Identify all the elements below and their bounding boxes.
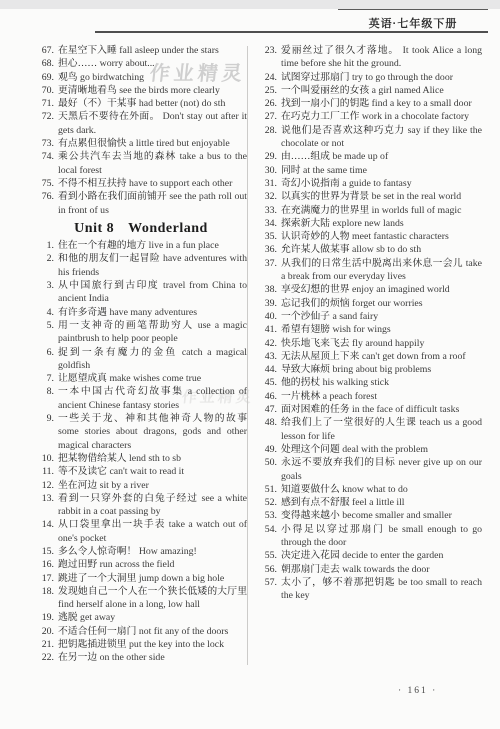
item-chinese: 跑过田野: [58, 559, 97, 570]
item-chinese: 住在一个有趣的地方: [58, 240, 146, 251]
item-text: 感到有点不舒服 feel a little ill: [281, 496, 482, 509]
list-item: 17.跳进了一个大洞里 jump down a big hole: [35, 572, 247, 585]
item-chinese: 在巧克力工厂工作: [281, 111, 359, 122]
item-number: 30.: [258, 164, 281, 177]
list-item: 24.试图穿过那扇门 try to go through the door: [258, 71, 482, 84]
item-text: 住在一个有趣的地方 live in a fun place: [58, 239, 247, 252]
item-chinese: 忘记我们的烦恼: [281, 298, 350, 309]
item-text: 多么令人惊奇啊！ How amazing!: [58, 545, 247, 558]
list-item: 29.由……组成 be made up of: [258, 150, 482, 163]
item-english: enjoy an imagined world: [352, 284, 450, 295]
item-chinese: 一本中国古代奇幻故事集: [58, 386, 184, 397]
list-item: 28.说他们是否喜欢这种巧克力 say if they like the cho…: [258, 124, 482, 151]
item-text: 逃脱 get away: [58, 611, 247, 624]
list-item: 48.给我们上了一堂很好的人生课 teach us a good lesson …: [258, 416, 482, 443]
header-rule: [95, 31, 488, 33]
item-chinese: 变得越来越小: [281, 510, 340, 521]
item-chinese: 快乐地飞来飞去: [281, 338, 350, 349]
item-chinese: 一些关于龙、神和其他神奇人物的故事: [58, 413, 247, 424]
item-chinese: 从中国旅行到古印度: [58, 280, 159, 291]
list-item: 46.一片桃林 a peach forest: [258, 390, 482, 403]
item-chinese: 在星空下入睡: [58, 45, 117, 56]
phrase-list-23-57: 23.爱丽丝过了很久才落地。 It took Alice a long time…: [258, 44, 482, 602]
list-item: 15.多么令人惊奇啊！ How amazing!: [35, 545, 247, 558]
item-text: 把钥匙插进锁里 put the key into the lock: [58, 638, 247, 651]
item-text: 爱丽丝过了很久才落地。 It took Alice a long time be…: [281, 44, 482, 71]
item-text: 把某物借给某人 lend sth to sb: [58, 452, 247, 465]
list-item: 11.等不及读它 can't wait to read it: [35, 465, 247, 478]
item-text: 给我们上了一堂很好的人生课 teach us a good lesson for…: [281, 416, 482, 443]
item-text: 在星空下入睡 fall asleep under the stars: [58, 44, 247, 57]
list-item: 8.一本中国古代奇幻故事集 a collection of ancient Ch…: [35, 385, 247, 412]
item-text: 不得不相互扶持 have to support each other: [58, 177, 247, 190]
list-item: 25.一个叫爱丽丝的女孩 a girl named Alice: [258, 84, 482, 97]
list-item: 44.导致大麻烦 bring about big problems: [258, 363, 482, 376]
item-number: 49.: [258, 443, 281, 456]
item-chinese: 用一支神奇的画笔帮助穷人: [58, 320, 194, 331]
list-item: 75.不得不相互扶持 have to support each other: [35, 177, 247, 190]
item-chinese: 坐在河边: [58, 480, 97, 491]
list-item: 1.住在一个有趣的地方 live in a fun place: [35, 239, 247, 252]
page-number: · 161 ·: [398, 686, 437, 696]
item-text: 用一支神奇的画笔帮助穷人 use a magic paintbrush to h…: [58, 319, 247, 346]
item-text: 奇幻小说指南 a guide to fantasy: [281, 177, 482, 190]
item-chinese: 从我们的日常生活中脱离出来休息一会儿: [281, 258, 463, 269]
list-item: 52.感到有点不舒服 feel a little ill: [258, 496, 482, 509]
item-number: 47.: [258, 403, 281, 416]
item-number: 35.: [258, 230, 281, 243]
item-text: 等不及读它 can't wait to read it: [58, 465, 247, 478]
item-number: 73.: [35, 137, 58, 150]
list-item: 26.找到一扇小门的钥匙 find a key to a small door: [258, 97, 482, 110]
item-chinese: 看到一只穿外套的白兔子经过: [58, 493, 198, 504]
item-english: have to support each other: [129, 178, 232, 189]
item-chinese: 面对困难的任务: [281, 404, 350, 415]
list-item: 16.跑过田野 run across the field: [35, 558, 247, 571]
item-english: try to go through the door: [352, 72, 453, 83]
item-text: 和他的朋友们一起冒险 have adventures with his frie…: [58, 252, 247, 279]
item-english: How amazing!: [139, 546, 197, 557]
item-number: 68.: [35, 57, 58, 70]
item-text: 无法从屋顶上下来 can't get down from a roof: [281, 350, 482, 363]
item-english: some stories about dragons, gods and oth…: [58, 426, 247, 450]
item-text: 同时 at the same time: [281, 164, 482, 177]
list-item: 68.担心…… worry about...: [35, 57, 247, 70]
item-number: 74.: [35, 150, 58, 177]
item-number: 28.: [258, 124, 281, 151]
item-number: 67.: [35, 44, 58, 57]
item-english: lend sth to sb: [129, 453, 181, 464]
list-item: 3.从中国旅行到古印度 travel from China to ancient…: [35, 279, 247, 306]
list-item: 36.允许某人做某事 allow sb to do sth: [258, 243, 482, 256]
unit-label: Unit 8: [74, 221, 114, 236]
item-number: 14.: [35, 518, 58, 545]
item-text: 认识奇妙的人物 meet fantastic characters: [281, 230, 482, 243]
item-text: 知道要做什么 know what to do: [281, 483, 482, 496]
item-english: make wishes come true: [109, 373, 201, 384]
unit-title: Wonderland: [128, 221, 208, 236]
item-text: 决定进入花园 decide to enter the garden: [281, 549, 482, 562]
item-number: 1.: [35, 239, 58, 252]
item-english: a girl named Alice: [372, 85, 444, 96]
item-number: 39.: [258, 297, 281, 310]
item-english: can't wait to read it: [109, 466, 184, 477]
list-item: 32.以真实的世界为背景 be set in the real world: [258, 190, 482, 203]
item-english: go birdwatching: [80, 72, 144, 83]
item-chinese: 天黑后不要待在外面。: [58, 111, 160, 122]
item-number: 71.: [35, 97, 58, 110]
list-item: 57.太小了，够不着那把钥匙 be too small to reach the…: [258, 576, 482, 603]
item-chinese: 不适合任何一扇门: [58, 626, 136, 637]
list-item: 47.面对困难的任务 in the face of difficult task…: [258, 403, 482, 416]
item-number: 69.: [35, 71, 58, 84]
item-chinese: 享受幻想的世界: [281, 284, 350, 295]
list-item: 72.天黑后不要待在外面。 Don't stay out after it ge…: [35, 110, 247, 137]
item-text: 他的拐杖 his walking stick: [281, 376, 482, 389]
item-english: be set in the real world: [372, 191, 462, 202]
item-text: 太小了，够不着那把钥匙 be too small to reach the ke…: [281, 576, 482, 603]
item-text: 在巧克力工厂工作 work in a chocolate factory: [281, 110, 482, 123]
item-english: feel a little ill: [352, 497, 405, 508]
item-number: 9.: [35, 412, 58, 452]
list-item: 45.他的拐杖 his walking stick: [258, 376, 482, 389]
list-item: 21.把钥匙插进锁里 put the key into the lock: [35, 638, 247, 651]
item-text: 小得足以穿过那扇门 be small enough to go through …: [281, 523, 482, 550]
item-text: 允许某人做某事 allow sb to do sth: [281, 243, 482, 256]
item-english: a little tired but enjoyable: [129, 138, 230, 149]
item-chinese: 从口袋里拿出一块手表: [58, 519, 165, 530]
item-text: 让愿望成真 make wishes come true: [58, 372, 247, 385]
list-item: 13.看到一只穿外套的白兔子经过 see a white rabbit in a…: [35, 492, 247, 519]
item-text: 有点累但很愉快 a little tired but enjoyable: [58, 137, 247, 150]
item-text: 一个沙仙子 a sand fairy: [281, 310, 482, 323]
item-chinese: 给我们上了一堂很好的人生课: [281, 417, 416, 428]
item-english: decide to enter the garden: [342, 550, 443, 561]
list-item: 4.有许多奇遇 have many adventures: [35, 306, 247, 319]
item-number: 72.: [35, 110, 58, 137]
list-item: 53.变得越来越小 become smaller and smaller: [258, 509, 482, 522]
item-text: 永远不要放弃我们的目标 never give up on our goals: [281, 456, 482, 483]
item-chinese: 爱丽丝过了很久才落地。: [281, 45, 399, 56]
item-number: 38.: [258, 283, 281, 296]
item-chinese: 让愿望成真: [58, 373, 107, 384]
unit-heading: Unit 8Wonderland: [35, 217, 247, 239]
item-chinese: 希望有翅膀: [281, 324, 330, 335]
item-english: not fit any of the doors: [139, 626, 229, 637]
item-text: 忘记我们的烦恼 forget our worries: [281, 297, 482, 310]
item-chinese: 探索新大陆: [281, 218, 330, 229]
list-item: 35.认识奇妙的人物 meet fantastic characters: [258, 230, 482, 243]
item-chinese: 永远不要放弃我们的目标: [281, 457, 395, 468]
list-item: 6.捉到一条有魔力的金鱼 catch a magical goldfish: [35, 346, 247, 373]
item-chinese: 多么令人惊奇啊！: [58, 546, 136, 557]
item-number: 48.: [258, 416, 281, 443]
item-number: 54.: [258, 523, 281, 550]
item-english: on the other side: [100, 652, 165, 663]
item-number: 16.: [35, 558, 58, 571]
item-chinese: 把某物借给某人: [58, 453, 127, 464]
item-text: 找到一扇小门的钥匙 find a key to a small door: [281, 97, 482, 110]
item-number: 19.: [35, 611, 58, 624]
item-text: 变得越来越小 become smaller and smaller: [281, 509, 482, 522]
item-number: 27.: [258, 110, 281, 123]
phrase-list-67-76: 67.在星空下入睡 fall asleep under the stars68.…: [35, 44, 247, 217]
item-number: 50.: [258, 456, 281, 483]
item-chinese: 朝那扇门走去: [281, 564, 340, 575]
item-text: 跳进了一个大洞里 jump down a big hole: [58, 572, 247, 585]
item-number: 23.: [258, 44, 281, 71]
item-text: 一个叫爱丽丝的女孩 a girl named Alice: [281, 84, 482, 97]
item-number: 15.: [35, 545, 58, 558]
item-number: 5.: [35, 319, 58, 346]
list-item: 49.处理这个问题 deal with the problem: [258, 443, 482, 456]
list-item: 42.快乐地飞来飞去 fly around happily: [258, 337, 482, 350]
list-item: 56.朝那扇门走去 walk towards the door: [258, 563, 482, 576]
item-chinese: 认识奇妙的人物: [281, 231, 350, 242]
item-chinese: 把钥匙插进锁里: [58, 639, 127, 650]
list-item: 73.有点累但很愉快 a little tired but enjoyable: [35, 137, 247, 150]
list-item: 71.最好（不）干某事 had better (not) do sth: [35, 97, 247, 110]
item-chinese: 看到小路在我们面前铺开: [58, 191, 167, 202]
list-item: 50.永远不要放弃我们的目标 never give up on our goal…: [258, 456, 482, 483]
list-item: 12.坐在河边 sit by a river: [35, 479, 247, 492]
item-chinese: 奇幻小说指南: [281, 178, 340, 189]
list-item: 51.知道要做什么 know what to do: [258, 483, 482, 496]
item-english: fly around happily: [352, 338, 424, 349]
item-english: work in a chocolate factory: [362, 111, 469, 122]
item-chinese: 一个叫爱丽丝的女孩: [281, 85, 369, 96]
item-chinese: 跳进了一个大洞里: [58, 573, 136, 584]
item-number: 13.: [35, 492, 58, 519]
item-number: 75.: [35, 177, 58, 190]
item-chinese: 处理这个问题: [281, 444, 340, 455]
item-text: 一些关于龙、神和其他神奇人物的故事 some stories about dra…: [58, 412, 247, 452]
list-item: 76.看到小路在我们面前铺开 see the path roll out in …: [35, 190, 247, 217]
item-text: 坐在河边 sit by a river: [58, 479, 247, 492]
item-text: 快乐地飞来飞去 fly around happily: [281, 337, 482, 350]
item-english: live in a fun place: [149, 240, 219, 251]
item-text: 观鸟 go birdwatching: [58, 71, 247, 84]
item-chinese: 在另一边: [58, 652, 97, 663]
item-text: 探索新大陆 explore new lands: [281, 217, 482, 230]
item-text: 从口袋里拿出一块手表 take a watch out of one's poc…: [58, 518, 247, 545]
item-text: 天黑后不要待在外面。 Don't stay out after it gets …: [58, 110, 247, 137]
item-number: 76.: [35, 190, 58, 217]
item-english: walk towards the door: [342, 564, 429, 575]
item-english: meet fantastic characters: [352, 231, 449, 242]
item-number: 32.: [258, 190, 281, 203]
item-number: 6.: [35, 346, 58, 373]
item-chinese: 在充满魔力的世界里: [281, 205, 369, 216]
item-text: 希望有翅膀 wish for wings: [281, 323, 482, 336]
phrase-list-1-22: 1.住在一个有趣的地方 live in a fun place2.和他的朋友们一…: [35, 239, 247, 665]
item-text: 在另一边 on the other side: [58, 651, 247, 664]
item-chinese: 允许某人做某事: [281, 244, 350, 255]
item-chinese: 一片桃林: [281, 391, 320, 402]
item-number: 40.: [258, 310, 281, 323]
item-number: 57.: [258, 576, 281, 603]
item-text: 跑过田野 run across the field: [58, 558, 247, 571]
list-item: 7.让愿望成真 make wishes come true: [35, 372, 247, 385]
item-chinese: 同时: [281, 165, 301, 176]
item-chinese: 试图穿过那扇门: [281, 72, 350, 83]
item-number: 17.: [35, 572, 58, 585]
list-item: 23.爱丽丝过了很久才落地。 It took Alice a long time…: [258, 44, 482, 71]
item-chinese: 太小了，够不着那把钥匙: [281, 577, 395, 588]
item-number: 51.: [258, 483, 281, 496]
item-english: get away: [80, 612, 115, 623]
item-chinese: 乘公共汽车去当地的森林: [58, 151, 176, 162]
item-number: 3.: [35, 279, 58, 306]
item-number: 42.: [258, 337, 281, 350]
item-english: forget our worries: [352, 298, 423, 309]
item-english: a sand fairy: [332, 311, 378, 322]
item-text: 在充满魔力的世界里 in worlds full of magic: [281, 204, 482, 217]
item-chinese: 有点累但很愉快: [58, 138, 127, 149]
item-number: 24.: [258, 71, 281, 84]
item-english: put the key into the lock: [129, 639, 224, 650]
left-column: 67.在星空下入睡 fall asleep under the stars68.…: [35, 44, 247, 665]
item-chinese: 捉到一条有魔力的金鱼: [58, 347, 177, 358]
item-text: 一片桃林 a peach forest: [281, 390, 482, 403]
item-english: allow sb to do sth: [352, 244, 421, 255]
list-item: 41.希望有翅膀 wish for wings: [258, 323, 482, 336]
item-english: run across the field: [100, 559, 175, 570]
item-chinese: 知道要做什么: [281, 484, 340, 495]
item-english: fall asleep under the stars: [119, 45, 219, 56]
item-chinese: 小得足以穿过那扇门: [281, 524, 385, 535]
item-number: 44.: [258, 363, 281, 376]
item-number: 53.: [258, 509, 281, 522]
item-number: 46.: [258, 390, 281, 403]
item-number: 22.: [35, 651, 58, 664]
item-english: can't get down from a roof: [362, 351, 466, 362]
item-number: 21.: [35, 638, 58, 651]
item-number: 36.: [258, 243, 281, 256]
list-item: 19.逃脱 get away: [35, 611, 247, 624]
list-item: 43.无法从屋顶上下来 can't get down from a roof: [258, 350, 482, 363]
item-text: 乘公共汽车去当地的森林 take a bus to the local fore…: [58, 150, 247, 177]
item-number: 41.: [258, 323, 281, 336]
item-number: 18.: [35, 585, 58, 612]
item-chinese: 由……组成: [281, 151, 330, 162]
list-item: 40.一个沙仙子 a sand fairy: [258, 310, 482, 323]
item-number: 20.: [35, 625, 58, 638]
list-item: 5.用一支神奇的画笔帮助穷人 use a magic paintbrush to…: [35, 319, 247, 346]
item-chinese: 担心……: [58, 58, 97, 69]
item-english: had better (not) do sth: [139, 98, 226, 109]
list-item: 38.享受幻想的世界 enjoy an imagined world: [258, 283, 482, 296]
item-english: his walking stick: [323, 377, 389, 388]
item-english: sit by a river: [100, 480, 149, 491]
header-title: 英语·七年级下册: [369, 18, 458, 30]
list-item: 18.发现她自己一个人在一个狭长低矮的大厅里 find herself alon…: [35, 585, 247, 612]
item-chinese: 找到一扇小门的钥匙: [281, 98, 369, 109]
item-english: worry about...: [100, 58, 155, 69]
item-chinese: 决定进入花园: [281, 550, 340, 561]
list-item: 39.忘记我们的烦恼 forget our worries: [258, 297, 482, 310]
item-text: 由……组成 be made up of: [281, 150, 482, 163]
item-english: jump down a big hole: [139, 573, 224, 584]
item-chinese: 无法从屋顶上下来: [281, 351, 359, 362]
item-chinese: 以真实的世界为背景: [281, 191, 369, 202]
item-chinese: 感到有点不舒服: [281, 497, 350, 508]
item-number: 33.: [258, 204, 281, 217]
item-chinese: 他的拐杖: [281, 377, 320, 388]
item-number: 55.: [258, 549, 281, 562]
item-text: 享受幻想的世界 enjoy an imagined world: [281, 283, 482, 296]
item-number: 34.: [258, 217, 281, 230]
item-chinese: 一个沙仙子: [281, 311, 330, 322]
item-chinese: 更清晰地看鸟: [58, 85, 117, 96]
item-text: 处理这个问题 deal with the problem: [281, 443, 482, 456]
page-header: 英语·七年级下册: [338, 9, 488, 31]
item-chinese: 和他的朋友们一起冒险: [58, 253, 160, 264]
item-text: 看到小路在我们面前铺开 see the path roll out in fro…: [58, 190, 247, 217]
item-text: 一本中国古代奇幻故事集 a collection of ancient Chin…: [58, 385, 247, 412]
list-item: 2.和他的朋友们一起冒险 have adventures with his fr…: [35, 252, 247, 279]
item-english: deal with the problem: [342, 444, 428, 455]
item-english: at the same time: [303, 165, 367, 176]
item-english: explore new lands: [332, 218, 403, 229]
list-item: 30.同时 at the same time: [258, 164, 482, 177]
item-english: bring about big problems: [332, 364, 431, 375]
item-number: 7.: [35, 372, 58, 385]
item-text: 更清晰地看鸟 see the birds more clearly: [58, 84, 247, 97]
item-english: find a key to a small door: [372, 98, 472, 109]
list-item: 14.从口袋里拿出一块手表 take a watch out of one's …: [35, 518, 247, 545]
right-column: 23.爱丽丝过了很久才落地。 It took Alice a long time…: [258, 44, 482, 665]
list-item: 37.从我们的日常生活中脱离出来休息一会儿 take a break from …: [258, 257, 482, 284]
item-text: 最好（不）干某事 had better (not) do sth: [58, 97, 247, 110]
list-item: 31.奇幻小说指南 a guide to fantasy: [258, 177, 482, 190]
item-number: 12.: [35, 479, 58, 492]
item-english: become smaller and smaller: [342, 510, 452, 521]
item-text: 以真实的世界为背景 be set in the real world: [281, 190, 482, 203]
list-item: 10.把某物借给某人 lend sth to sb: [35, 452, 247, 465]
item-english: wish for wings: [332, 324, 390, 335]
item-chinese: 逃脱: [58, 612, 78, 623]
item-chinese: 观鸟: [58, 72, 78, 83]
item-chinese: 等不及读它: [58, 466, 107, 477]
list-item: 55.决定进入花园 decide to enter the garden: [258, 549, 482, 562]
item-text: 导致大麻烦 bring about big problems: [281, 363, 482, 376]
list-item: 34.探索新大陆 explore new lands: [258, 217, 482, 230]
item-text: 看到一只穿外套的白兔子经过 see a white rabbit in a co…: [58, 492, 247, 519]
item-number: 11.: [35, 465, 58, 478]
item-english: see the birds more clearly: [119, 85, 220, 96]
list-item: 33.在充满魔力的世界里 in worlds full of magic: [258, 204, 482, 217]
list-item: 20.不适合任何一扇门 not fit any of the doors: [35, 625, 247, 638]
item-chinese: 有许多奇遇: [58, 307, 107, 318]
list-item: 9.一些关于龙、神和其他神奇人物的故事 some stories about d…: [35, 412, 247, 452]
item-text: 从中国旅行到古印度 travel from China to ancient I…: [58, 279, 247, 306]
item-number: 26.: [258, 97, 281, 110]
item-text: 朝那扇门走去 walk towards the door: [281, 563, 482, 576]
list-item: 54.小得足以穿过那扇门 be small enough to go throu…: [258, 523, 482, 550]
item-chinese: 最好（不）干某事: [58, 98, 136, 109]
item-number: 43.: [258, 350, 281, 363]
page-content: 67.在星空下入睡 fall asleep under the stars68.…: [35, 44, 482, 665]
item-number: 8.: [35, 385, 58, 412]
item-number: 52.: [258, 496, 281, 509]
item-chinese: 不得不相互扶持: [58, 178, 127, 189]
list-item: 69.观鸟 go birdwatching: [35, 71, 247, 84]
list-item: 67.在星空下入睡 fall asleep under the stars: [35, 44, 247, 57]
list-item: 74.乘公共汽车去当地的森林 take a bus to the local f…: [35, 150, 247, 177]
item-number: 10.: [35, 452, 58, 465]
item-english: find herself alone in a long, low hall: [58, 599, 200, 610]
